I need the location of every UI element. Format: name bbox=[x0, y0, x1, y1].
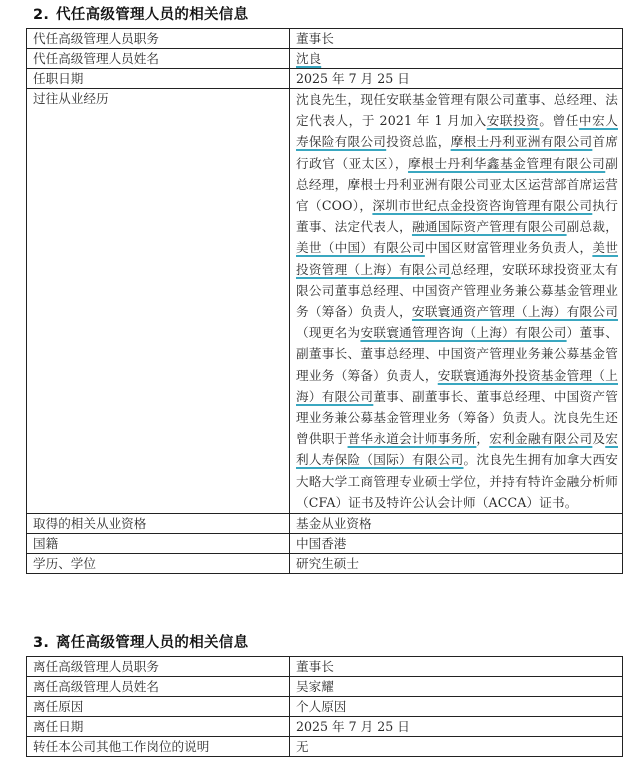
table-row: 任职日期 2025 年 7 月 25 日 bbox=[27, 69, 623, 89]
row-value: 2025 年 7 月 25 日 bbox=[290, 69, 623, 89]
company-link[interactable]: 融通国际资产管理有限公司 bbox=[412, 219, 567, 234]
table-row: 代任高级管理人员姓名 沈良 bbox=[27, 49, 623, 69]
row-value: 沈良 bbox=[290, 49, 623, 69]
table-row: 过往从业经历 沈良先生，现任安联基金管理有限公司董事、总经理、法定代表人，于 2… bbox=[27, 89, 623, 514]
row-value: 董事长 bbox=[290, 657, 623, 677]
row-label: 离任高级管理人员姓名 bbox=[27, 677, 290, 697]
table-row: 国籍 中国香港 bbox=[27, 534, 623, 554]
section-3-heading: 3.离任高级管理人员的相关信息 bbox=[33, 631, 248, 652]
bio-text: 中国区财富管理业务负责人， bbox=[425, 240, 593, 255]
row-label: 过往从业经历 bbox=[27, 89, 290, 514]
section-title: 代任高级管理人员的相关信息 bbox=[56, 7, 248, 23]
bio-text: 及 bbox=[592, 431, 605, 446]
section-number: 3. bbox=[33, 635, 56, 651]
section-title: 离任高级管理人员的相关信息 bbox=[56, 635, 248, 651]
row-label: 代任高级管理人员职务 bbox=[27, 29, 290, 49]
row-value: 董事长 bbox=[290, 29, 623, 49]
company-link[interactable]: 普华永道会计师事务所 bbox=[348, 431, 477, 446]
row-value: 无 bbox=[290, 737, 623, 757]
row-value: 个人原因 bbox=[290, 697, 623, 717]
bio-text: 投资总监， bbox=[386, 134, 450, 149]
row-label: 代任高级管理人员姓名 bbox=[27, 49, 290, 69]
company-link[interactable]: 摩根士丹利亚洲有限公司 bbox=[451, 134, 593, 149]
row-label: 取得的相关从业资格 bbox=[27, 514, 290, 534]
acting-manager-table: 代任高级管理人员职务 董事长 代任高级管理人员姓名 沈良 任职日期 2025 年… bbox=[26, 28, 623, 574]
row-label: 学历、学位 bbox=[27, 554, 290, 574]
bio-text: 。曾任 bbox=[539, 113, 579, 128]
company-link[interactable]: 美世（中国）有限公司 bbox=[296, 240, 425, 255]
name-link[interactable]: 沈良 bbox=[296, 51, 321, 66]
table-row: 离任原因 个人原因 bbox=[27, 697, 623, 717]
row-value: 吴家耀 bbox=[290, 677, 623, 697]
table-row: 转任本公司其他工作岗位的说明 无 bbox=[27, 737, 623, 757]
departing-manager-table: 离任高级管理人员职务 董事长 离任高级管理人员姓名 吴家耀 离任原因 个人原因 … bbox=[26, 656, 623, 757]
row-value: 2025 年 7 月 25 日 bbox=[290, 717, 623, 737]
bio-text: （现更名为 bbox=[296, 325, 360, 340]
table-row: 代任高级管理人员职务 董事长 bbox=[27, 29, 623, 49]
row-label: 离任日期 bbox=[27, 717, 290, 737]
row-value: 中国香港 bbox=[290, 534, 623, 554]
table-row: 离任日期 2025 年 7 月 25 日 bbox=[27, 717, 623, 737]
row-value: 基金从业资格 bbox=[290, 514, 623, 534]
career-history-text: 沈良先生，现任安联基金管理有限公司董事、总经理、法定代表人，于 2021 年 1… bbox=[290, 89, 623, 514]
bio-text: ， bbox=[476, 431, 489, 446]
company-link[interactable]: 宏利金融有限公司 bbox=[489, 431, 592, 446]
table-row: 学历、学位 研究生硕士 bbox=[27, 554, 623, 574]
row-label: 转任本公司其他工作岗位的说明 bbox=[27, 737, 290, 757]
company-link[interactable]: 摩根士丹利华鑫基金管理有限公司 bbox=[408, 156, 605, 171]
company-link[interactable]: 安联寰通管理咨询（上海）有限公司 bbox=[360, 325, 566, 340]
row-label: 离任原因 bbox=[27, 697, 290, 717]
bio-text: 副总裁， bbox=[567, 219, 618, 234]
table-row: 取得的相关从业资格 基金从业资格 bbox=[27, 514, 623, 534]
company-link[interactable]: 安联寰通资产管理（上海）有限公司 bbox=[412, 304, 618, 319]
company-link[interactable]: 安联投资 bbox=[487, 113, 540, 128]
section-2-heading: 2.代任高级管理人员的相关信息 bbox=[33, 3, 248, 24]
row-label: 国籍 bbox=[27, 534, 290, 554]
table-row: 离任高级管理人员姓名 吴家耀 bbox=[27, 677, 623, 697]
row-value: 研究生硕士 bbox=[290, 554, 623, 574]
company-link[interactable]: 深圳市世纪点金投资咨询管理有限公司 bbox=[372, 198, 592, 213]
table-row: 离任高级管理人员职务 董事长 bbox=[27, 657, 623, 677]
row-label: 任职日期 bbox=[27, 69, 290, 89]
section-number: 2. bbox=[33, 7, 56, 23]
row-label: 离任高级管理人员职务 bbox=[27, 657, 290, 677]
